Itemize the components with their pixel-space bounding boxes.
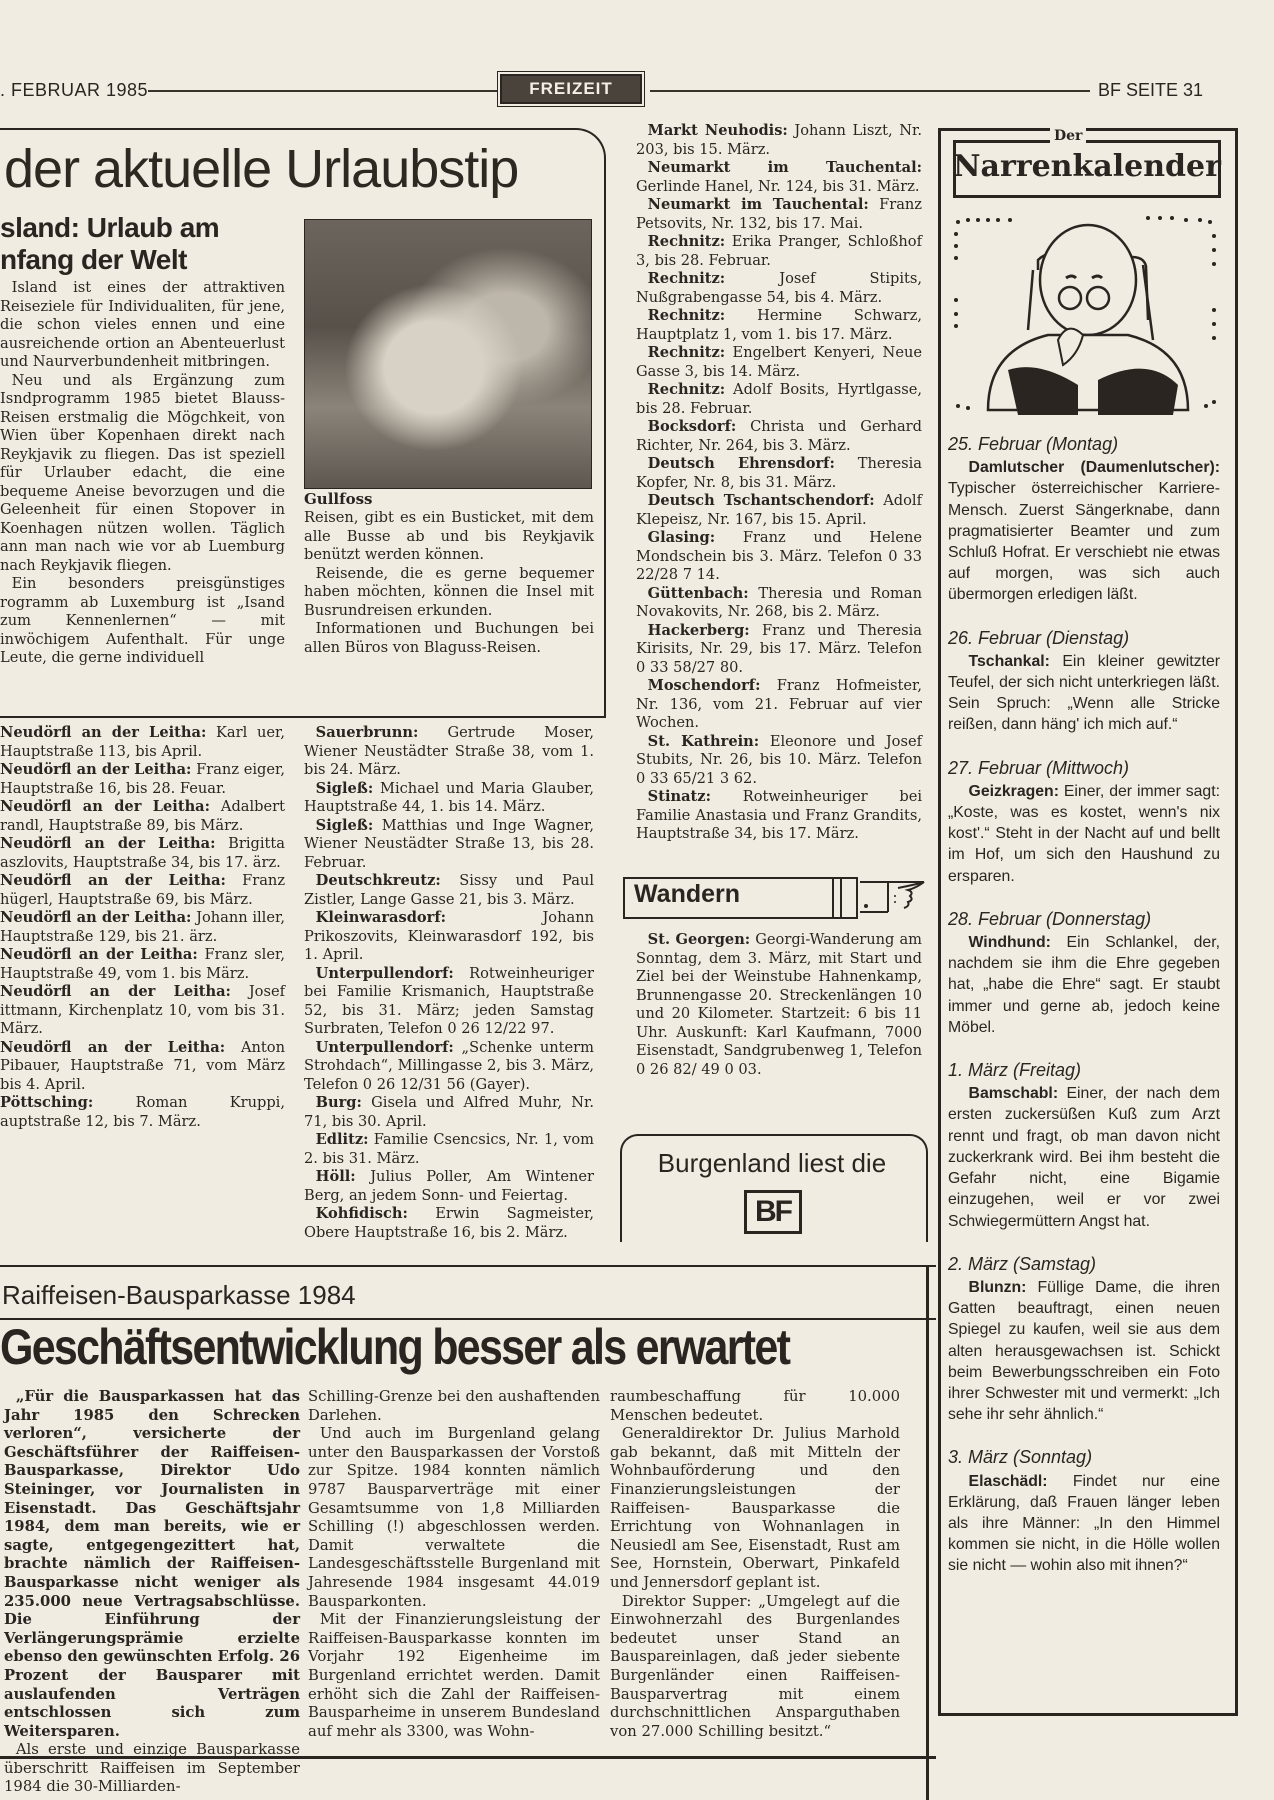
nk-day: 3. März (Sonntag)Elaschädl: Findet nur e…	[948, 1447, 1220, 1576]
listing-entry: Deutsch Tschantschendorf: Adolf Klepeisz…	[636, 492, 922, 529]
listing-entry: Rechnitz: Josef Stipits, Nußgrabengasse …	[636, 270, 922, 307]
listing-entry: Burg: Gisela und Alfred Muhr, Nr. 71, bi…	[304, 1094, 594, 1131]
nk-day: 25. Februar (Montag)Damlutscher (Daumenl…	[948, 434, 1220, 606]
listing-entry: Rechnitz: Adolf Bosits, Hyrtlgasse, bis …	[636, 381, 922, 418]
listing-place: Rechnitz:	[648, 270, 725, 287]
section-label: FREIZEIT	[500, 74, 642, 104]
article-column-3: raumbeschaffung für 10.000 Menschen bede…	[610, 1388, 900, 1741]
listing-place: Unterpullendorf:	[316, 1039, 454, 1056]
travel-tip-headline: sland: Urlaub am nfang der Welt	[0, 212, 290, 276]
article-column-2: Schilling-Grenze bei den aushaftenden Da…	[308, 1388, 600, 1741]
listing-entry: Kleinwarasdorf: Johann Prikoszovits, Kle…	[304, 909, 594, 965]
narrenkalender-title: Narrenkalender	[953, 149, 1221, 184]
heuriger-listings-c: Markt Neuhodis: Johann Liszt, Nr. 203, b…	[636, 122, 922, 844]
heuriger-listings-b: Sauerbrunn: Gertrude Moser, Wiener Neust…	[304, 724, 594, 1242]
listing-place: Neudörfl an der Leitha:	[0, 761, 191, 778]
listing-entry: Unterpullendorf: „Schenke unterm Strohda…	[304, 1039, 594, 1095]
listing-place: Pöttsching:	[0, 1094, 93, 1111]
photo-caption: Gullfoss	[304, 490, 372, 508]
listing-entry: Neumarkt im Tauchental: Gerlinde Hanel, …	[636, 159, 922, 196]
listing-place: Rechnitz:	[648, 233, 725, 250]
narrenkalender-der: Der	[1050, 128, 1086, 144]
wandern-banner-divider	[832, 877, 858, 919]
listing-place: Deutsch Ehrensdorf:	[648, 455, 835, 472]
listing-place: Neudörfl an der Leitha:	[0, 724, 206, 741]
travel-tip-title: der aktuelle Urlaubstip	[4, 138, 518, 200]
article-bottom-rule	[0, 1756, 936, 1759]
listing-place: Edlitz:	[316, 1131, 369, 1148]
article-right-rule	[926, 1265, 929, 1800]
listing-place: Neudörfl an der Leitha:	[0, 1039, 225, 1056]
listing-place: Neudörfl an der Leitha:	[0, 909, 191, 926]
listing-details: Gerlinde Hanel, Nr. 124, bis 31. März.	[636, 178, 920, 195]
nk-day: 27. Februar (Mittwoch)Geizkragen: Einer,…	[948, 758, 1220, 887]
listing-place: Sigleß:	[316, 780, 374, 797]
listing-entry: Neudörfl an der Leitha: Franz eiger, Hau…	[0, 761, 285, 798]
listing-place: Hackerberg:	[648, 622, 750, 639]
listing-place: Bocksdorf:	[648, 418, 737, 435]
listing-entry: Edlitz: Familie Csencsics, Nr. 1, vom 2.…	[304, 1131, 594, 1168]
nk-day: 2. März (Samstag)Blunzn: Füllige Dame, d…	[948, 1254, 1220, 1426]
listing-place: Moschendorf:	[648, 677, 761, 694]
listing-place: Neumarkt im Tauchental:	[648, 159, 922, 176]
listing-place: Sauerbrunn:	[316, 724, 419, 741]
page-number: BF SEITE 31	[1098, 80, 1203, 101]
listing-place: Güttenbach:	[648, 585, 749, 602]
listing-place: Neumarkt im Tauchental:	[648, 196, 869, 213]
pointing-hand-icon	[858, 874, 928, 918]
listing-entry: Höll: Julius Poller, Am Wintener Berg, a…	[304, 1168, 594, 1205]
listing-place: Markt Neuhodis:	[648, 122, 788, 139]
nk-day: 1. März (Freitag)Bamschabl: Einer, der n…	[948, 1060, 1220, 1232]
travel-tip-text-left: Island ist eines der attraktiven Reisezi…	[0, 279, 285, 668]
listing-entry: Glasing: Franz und Helene Mondschein bis…	[636, 529, 922, 585]
listing-place: Neudörfl an der Leitha:	[0, 872, 226, 889]
listing-place: Stinatz:	[648, 788, 711, 805]
listing-place: Sigleß:	[316, 817, 374, 834]
listing-entry: Sigleß: Michael und Maria Glauber, Haupt…	[304, 780, 594, 817]
gullfoss-photo	[304, 219, 592, 489]
listing-entry: Bocksdorf: Christa und Gerhard Richter, …	[636, 418, 922, 455]
listing-entry: Kohfidisch: Erwin Sagmeister, Obere Haup…	[304, 1205, 594, 1242]
listing-entry: Sauerbrunn: Gertrude Moser, Wiener Neust…	[304, 724, 594, 780]
listing-entry: St. Kathrein: Eleonore und Josef Stubits…	[636, 733, 922, 789]
listing-entry: Pöttsching: Roman Kruppi, auptstraße 12,…	[0, 1094, 285, 1131]
listing-entry: Rechnitz: Erika Pranger, Schloßhof 3, bi…	[636, 233, 922, 270]
listing-entry: Hackerberg: Franz und Theresia Kirisits,…	[636, 622, 922, 678]
listing-entry: Markt Neuhodis: Johann Liszt, Nr. 203, b…	[636, 122, 922, 159]
listing-entry: Güttenbach: Theresia und Roman Novakovit…	[636, 585, 922, 622]
listing-place: Rechnitz:	[648, 307, 725, 324]
listing-place: Unterpullendorf:	[316, 965, 454, 982]
travel-tip-text-right: Reisen, gibt es ein Busticket, mit dem a…	[304, 509, 594, 657]
listing-entry: Deutsch Ehrensdorf: Theresia Kopfer, Nr.…	[636, 455, 922, 492]
listing-place: Höll:	[316, 1168, 356, 1185]
listing-place: Deutsch Tschantschendorf:	[648, 492, 875, 509]
wandern-entry: St. Georgen: Georgi-Wanderung am Sonntag…	[636, 931, 922, 1079]
article-column-1: „Für die Bausparkassen hat das Jahr 1985…	[4, 1388, 300, 1797]
listing-entry: Neudörfl an der Leitha: Adalbert randl, …	[0, 798, 285, 835]
listing-place: St. Kathrein:	[648, 733, 759, 750]
listing-entry: Neudörfl an der Leitha: Franz sler, Haup…	[0, 946, 285, 983]
issue-date: . FEBRUAR 1985	[0, 80, 148, 101]
article-headline: Geschäftsentwicklung besser als erwartet	[0, 1318, 789, 1376]
listing-place: Neudörfl an der Leitha:	[0, 835, 215, 852]
bald-man-cartoon-icon	[948, 210, 1223, 415]
listing-entry: Neudörfl an der Leitha: Anton Pibauer, H…	[0, 1039, 285, 1095]
listing-place: Rechnitz:	[648, 381, 725, 398]
listing-place: Neudörfl an der Leitha:	[0, 946, 198, 963]
listing-place: Kohfidisch:	[316, 1205, 408, 1222]
header-rule-right	[650, 90, 1090, 92]
article-kicker: Raiffeisen-Bausparkasse 1984	[2, 1280, 356, 1311]
listing-place: Kleinwarasdorf:	[316, 909, 446, 926]
listing-entry: Neudörfl an der Leitha: Johann iller, Ha…	[0, 909, 285, 946]
heuriger-listings-a: Neudörfl an der Leitha: Karl uer, Haupts…	[0, 724, 285, 1131]
listing-entry: Stinatz: Rotweinheuriger bei Familie Ana…	[636, 788, 922, 844]
listing-entry: Neumarkt im Tauchental: Franz Petsovits,…	[636, 196, 922, 233]
listing-place: Deutschkreutz:	[316, 872, 441, 889]
bf-ad-text: Burgenland liest die	[620, 1148, 924, 1179]
listing-place: Burg:	[316, 1094, 362, 1111]
listing-entry: Moschendorf: Franz Hofmeister, Nr. 136, …	[636, 677, 922, 733]
narrenkalender-entries: 25. Februar (Montag)Damlutscher (Daumenl…	[948, 434, 1220, 1599]
wandern-label: Wandern	[634, 880, 740, 909]
header-rule-left	[148, 90, 498, 92]
listing-entry: Unterpullendorf: Rotweinheuriger bei Fam…	[304, 965, 594, 1039]
listing-place: Neudörfl an der Leitha:	[0, 983, 231, 1000]
listing-entry: Sigleß: Matthias und Inge Wagner, Wiener…	[304, 817, 594, 873]
listing-place: Rechnitz:	[648, 344, 725, 361]
bf-logo: BF	[744, 1190, 802, 1234]
listing-entry: Neudörfl an der Leitha: Karl uer, Haupts…	[0, 724, 285, 761]
nk-day: 28. Februar (Donnerstag)Windhund: Ein Sc…	[948, 909, 1220, 1038]
listing-entry: Rechnitz: Hermine Schwarz, Hauptplatz 1,…	[636, 307, 922, 344]
listing-entry: Rechnitz: Engelbert Kenyeri, Neue Gasse …	[636, 344, 922, 381]
listing-place: Glasing:	[648, 529, 715, 546]
listing-entry: Neudörfl an der Leitha: Brigitta aszlovi…	[0, 835, 285, 872]
nk-day: 26. Februar (Dienstag)Tschankal: Ein kle…	[948, 628, 1220, 736]
listing-entry: Neudörfl an der Leitha: Franz hügerl, Ha…	[0, 872, 285, 909]
listing-entry: Neudörfl an der Leitha: Josef ittmann, K…	[0, 983, 285, 1039]
listing-entry: Deutschkreutz: Sissy und Paul Zistler, L…	[304, 872, 594, 909]
article-top-rule	[0, 1265, 936, 1267]
listing-place: Neudörfl an der Leitha:	[0, 798, 210, 815]
